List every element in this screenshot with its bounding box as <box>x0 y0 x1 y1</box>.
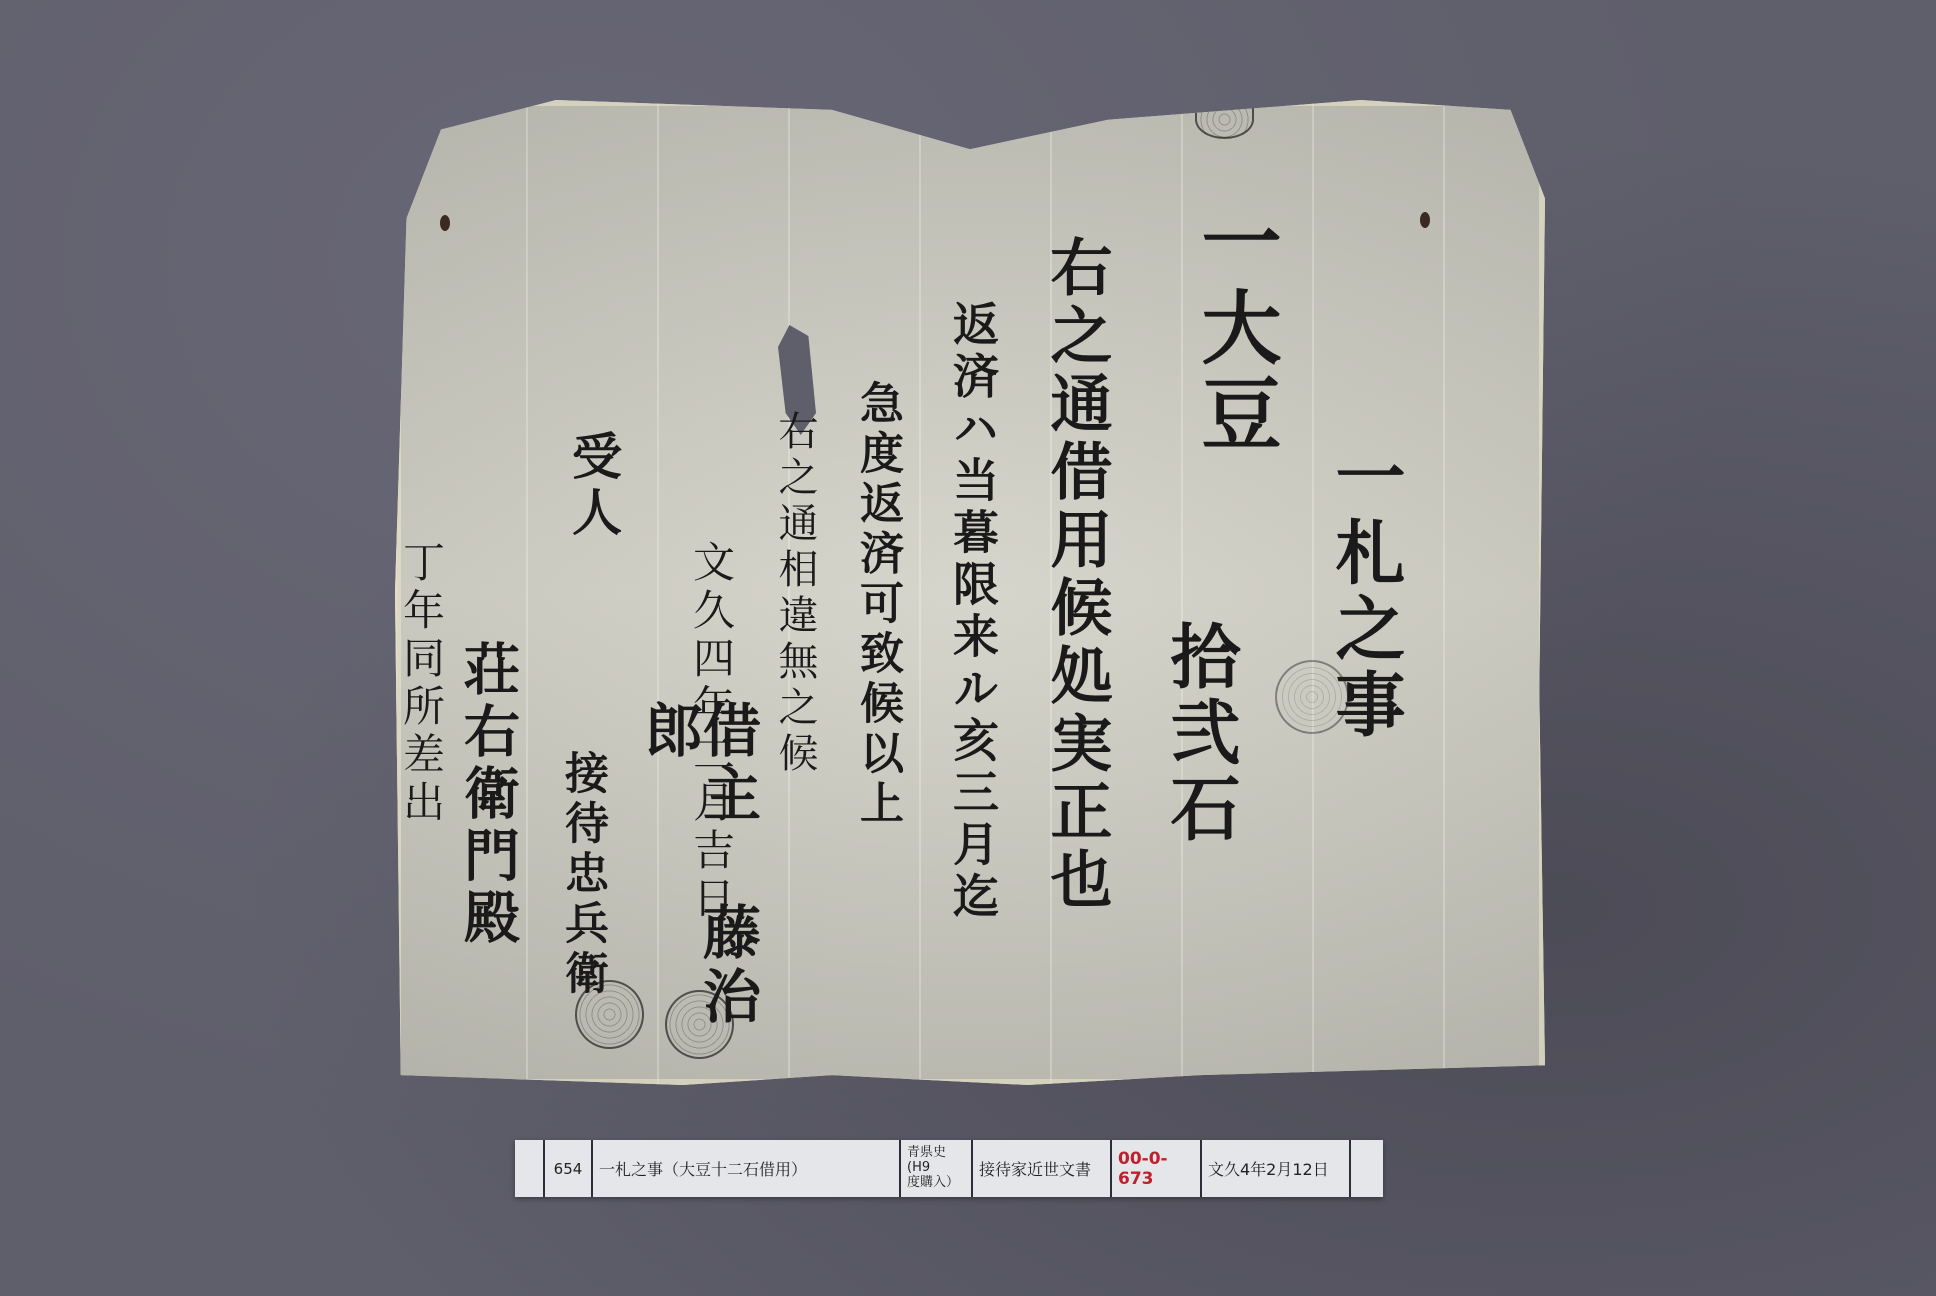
label-date: 文久4年2月12日 <box>1202 1140 1351 1197</box>
label-number: 654 <box>545 1140 593 1197</box>
binding-hole-right <box>1420 212 1430 228</box>
label-collection: 接待家近世文書 <box>973 1140 1112 1197</box>
doc-borrower: 借主 藤治郎 <box>640 700 756 1085</box>
doc-addressee: 荘右衛門殿 <box>460 640 516 950</box>
label-source-line1: 青県史(H9 <box>907 1146 965 1176</box>
binding-hole-left <box>440 215 450 231</box>
doc-guarantor: 接待忠兵衛 <box>560 750 604 1000</box>
label-blank-right <box>1351 1140 1383 1197</box>
doc-line-body-4: 右之通相違無之候 <box>775 410 815 778</box>
doc-line-body-2: 返済ハ当暮限来ル亥三月迄 <box>950 300 996 924</box>
doc-line-body-1: 右之通借用候処実正也 <box>1045 235 1107 915</box>
label-source-line2: 度購入） <box>907 1176 965 1191</box>
label-title: 一札之事（大豆十二石借用） <box>593 1140 901 1197</box>
doc-line-quantity: 拾弐石 <box>1165 620 1235 848</box>
doc-addressee-note: 丁年同所差出 <box>400 540 442 828</box>
historical-document-paper: 一札之事 一大豆 拾弐石 右之通借用候処実正也 返済ハ当暮限来ル亥三月迄 急度返… <box>395 100 1545 1085</box>
label-source: 青県史(H9 度購入） <box>901 1140 973 1197</box>
doc-line-item: 一大豆 <box>1195 200 1275 458</box>
doc-line-body-3: 急度返済可致候以上 <box>855 380 899 830</box>
seal-top-right <box>1195 100 1254 139</box>
label-catalog-id: 00-0-673 <box>1112 1140 1202 1197</box>
doc-heading: 一札之事 <box>1330 440 1400 744</box>
catalog-label-strip: 654 一札之事（大豆十二石借用） 青県史(H9 度購入） 接待家近世文書 00… <box>515 1140 1383 1197</box>
label-blank-left <box>515 1140 545 1197</box>
doc-guarantor-label: 受人 <box>568 430 618 542</box>
